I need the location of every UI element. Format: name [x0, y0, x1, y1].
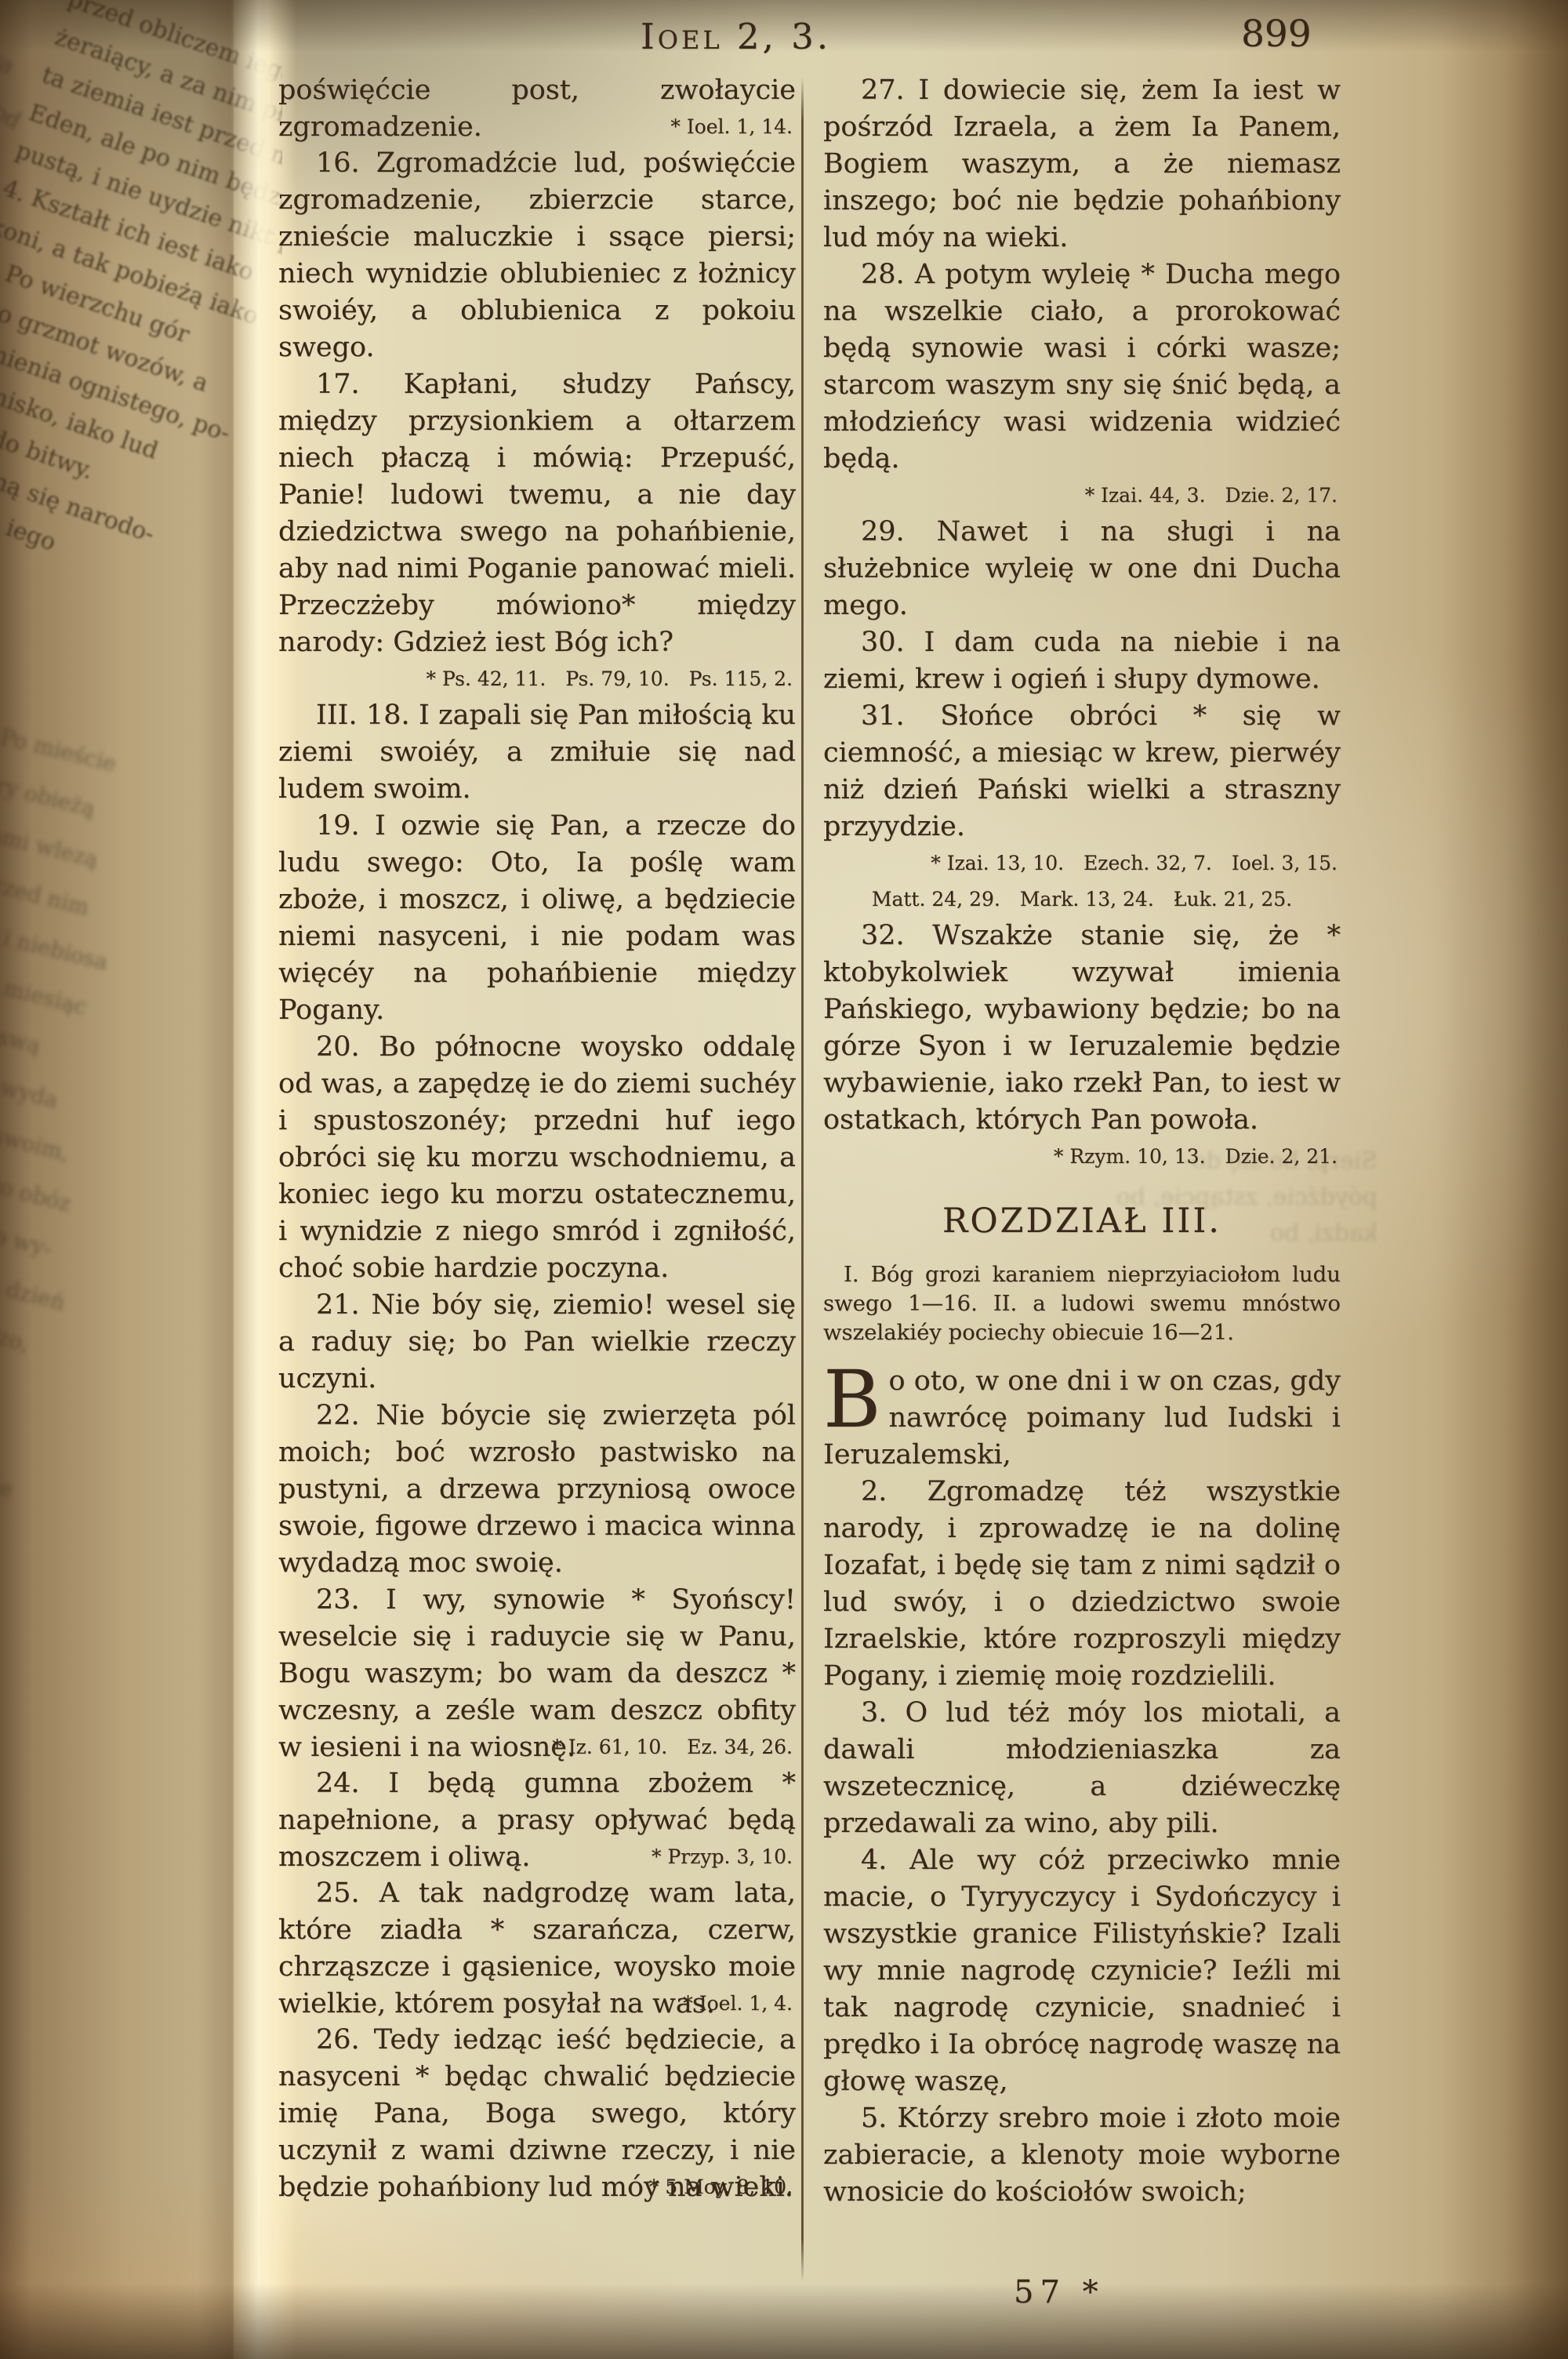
column-divider-rule	[801, 77, 804, 2282]
verse-27: 27. I dowiecie się, żem Ia iest w pośrzó…	[823, 72, 1341, 256]
verse-32: 32. Wszakże stanie się, że * ktobykolwie…	[823, 918, 1341, 1139]
reference-verse-32: * Rzym. 10, 13. Dzie. 2, 21.	[823, 1139, 1341, 1175]
verse-17: 17. Kapłani, słudzy Pańscy, między przys…	[278, 366, 796, 661]
chapter3-verse-5: 5. Którzy srebro moie i złoto moie zabie…	[823, 2100, 1341, 2211]
chapter-summary: I. Bóg grozi karaniem nieprzyiaciołom lu…	[823, 1260, 1341, 1347]
reference-verse-31-line1: * Izai. 13, 10. Ezech. 32, 7. Ioel. 3, 1…	[823, 845, 1341, 881]
running-head: Ioel 2, 3.	[641, 16, 831, 57]
verse-29: 29. Nawet i na sługi i na służebnice wyl…	[823, 514, 1341, 624]
chapter3-verse-2: 2. Zgromadzę téż wszystkie narody, i zpr…	[823, 1474, 1341, 1695]
verse-19: 19. I ozwie się Pan, a rzecze do ludu sw…	[278, 808, 796, 1029]
previous-page-edge-text-lower: 9. Po mieściemury obieżąoknami wlezą10. …	[0, 706, 200, 1940]
printer-signature-mark: 57 *	[1014, 2274, 1105, 2310]
verse-28: 28. A potym wyleię * Ducha mego na wszel…	[823, 256, 1341, 478]
verse-31: 31. Słońce obróci * się w ciemność, a mi…	[823, 698, 1341, 845]
verse-18: III. 18. I zapali się Pan miłością ku zi…	[278, 697, 796, 808]
chapter3-verse-3: 3. O lud téż móy los miotali, a dawali m…	[823, 1695, 1341, 1842]
verse-30: 30. I dam cuda na niebie i na ziemi, kre…	[823, 624, 1341, 698]
page-curl-shadow	[198, 0, 234, 2359]
chapter3-verse-4: 4. Ale wy cóż przeciwko mnie macie, o Ty…	[823, 1842, 1341, 2100]
page-number: 899	[1241, 13, 1312, 56]
reference-verse-17: * Ps. 42, 11. Ps. 79, 10. Ps. 115, 2.	[278, 661, 796, 697]
reference-verse-31-line2: Matt. 24, 29. Mark. 13, 24. Łuk. 21, 25.	[823, 881, 1341, 918]
verse-16: 16. Zgromadźcie lud, poświęćcie zgromadz…	[278, 145, 796, 366]
verse-22: 22. Nie bóycie się zwierzęta pól moich; …	[278, 1398, 796, 1582]
right-column: 27. I dowiecie się, żem Ia iest w pośrzó…	[823, 72, 1341, 2211]
reference-verse-28: * Izai. 44, 3. Dzie. 2, 17.	[823, 478, 1341, 514]
left-column: poświęćcie post, zwołaycie zgromadzenie.…	[278, 72, 796, 2205]
text-columns: poświęćcie post, zwołaycie zgromadzenie.…	[278, 72, 1341, 2282]
verse-21: 21. Nie bóy się, ziemio! wesel się a rad…	[278, 1287, 796, 1398]
drop-cap-initial: B	[823, 1369, 881, 1430]
chapter3-verse-1: Bo oto, w one dni i w on czas, gdy nawró…	[823, 1363, 1341, 1474]
chapter3-verse-1-text: o oto, w one dni i w on czas, gdy nawróc…	[823, 1365, 1341, 1470]
chapter-heading: ROZDZIAŁ III.	[823, 1203, 1341, 1240]
book-scan-photo: przed obliczem iegożeraiący, a za nim pł…	[0, 0, 1568, 2359]
verse-20: 20. Bo północne woysko oddalę od was, a …	[278, 1029, 796, 1287]
bible-page: Ioel 2, 3. 899 Sierp, bo się do-póydźcie…	[270, 0, 1568, 2359]
